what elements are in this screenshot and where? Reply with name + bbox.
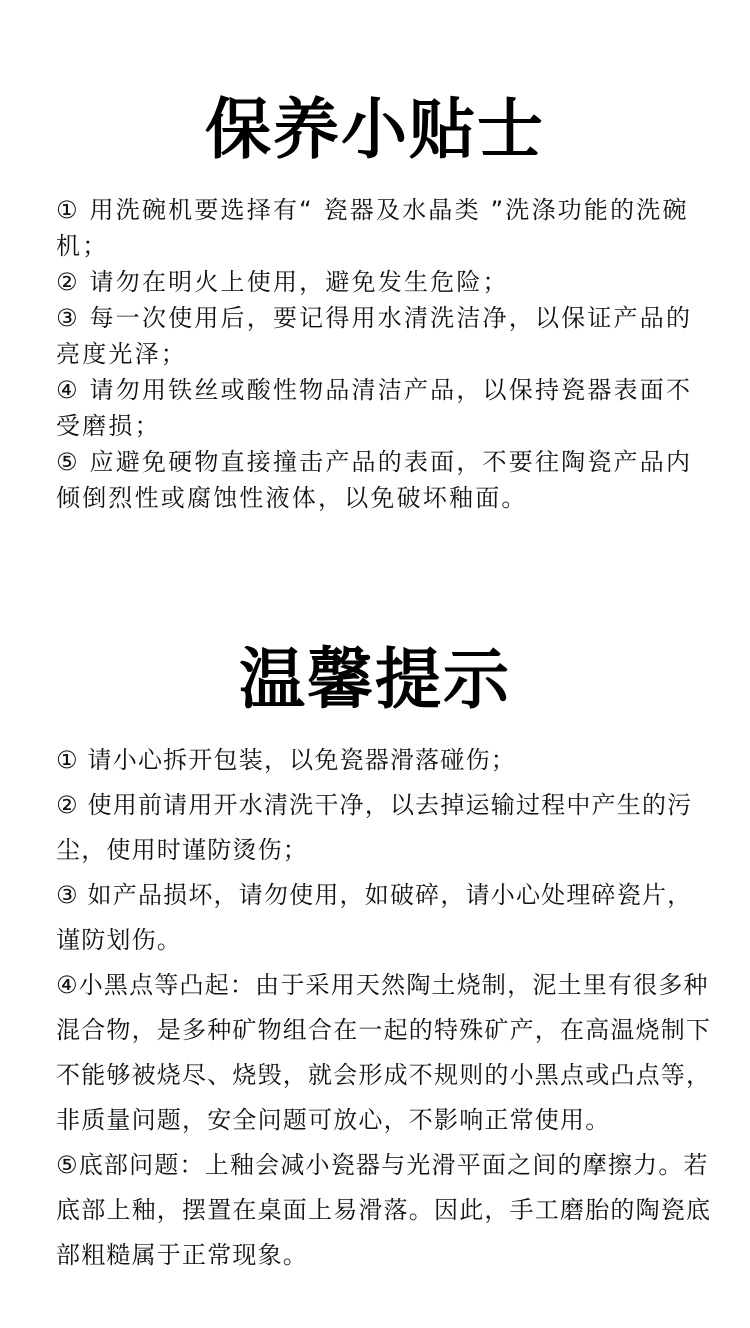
care-tip-item-3: ③ 每一次使用后，要记得用水清洗洁净，以保证产品的亮度光泽；: [56, 300, 716, 372]
notice-item-1: ① 请小心拆开包装，以免瓷器滑落碰伤；: [56, 738, 716, 783]
notice-item-5: ⑤底部问题：上釉会减小瓷器与光滑平面之间的摩擦力。若底部上釉，摆置在桌面上易滑落…: [56, 1143, 716, 1278]
care-tip-item-1: ① 用洗碗机要选择有“ 瓷器及水晶类 ”洗涤功能的洗碗机；: [56, 192, 716, 264]
warm-notice-title: 温馨提示: [0, 640, 750, 720]
notice-item-2: ② 使用前请用开水清洗干净，以去掉运输过程中产生的污尘，使用时谨防烫伤；: [56, 783, 716, 873]
notice-item-4: ④小黑点等凸起：由于采用天然陶土烧制，泥土里有很多种混合物，是多种矿物组合在一起…: [56, 963, 716, 1143]
care-tips-list: ① 用洗碗机要选择有“ 瓷器及水晶类 ”洗涤功能的洗碗机； ② 请勿在明火上使用…: [56, 192, 716, 516]
warm-notice-list: ① 请小心拆开包装，以免瓷器滑落碰伤； ② 使用前请用开水清洗干净，以去掉运输过…: [56, 738, 716, 1278]
care-tip-item-2: ② 请勿在明火上使用，避免发生危险；: [56, 264, 716, 300]
care-tip-item-4: ④ 请勿用铁丝或酸性物品清洁产品，以保持瓷器表面不受磨损；: [56, 372, 716, 444]
care-tip-item-5: ⑤ 应避免硬物直接撞击产品的表面，不要往陶瓷产品内倾倒烈性或腐蚀性液体，以免破坏…: [56, 444, 716, 516]
notice-item-3: ③ 如产品损坏，请勿使用，如破碎，请小心处理碎瓷片，谨防划伤。: [56, 873, 716, 963]
care-tips-title: 保养小贴士: [0, 90, 750, 170]
